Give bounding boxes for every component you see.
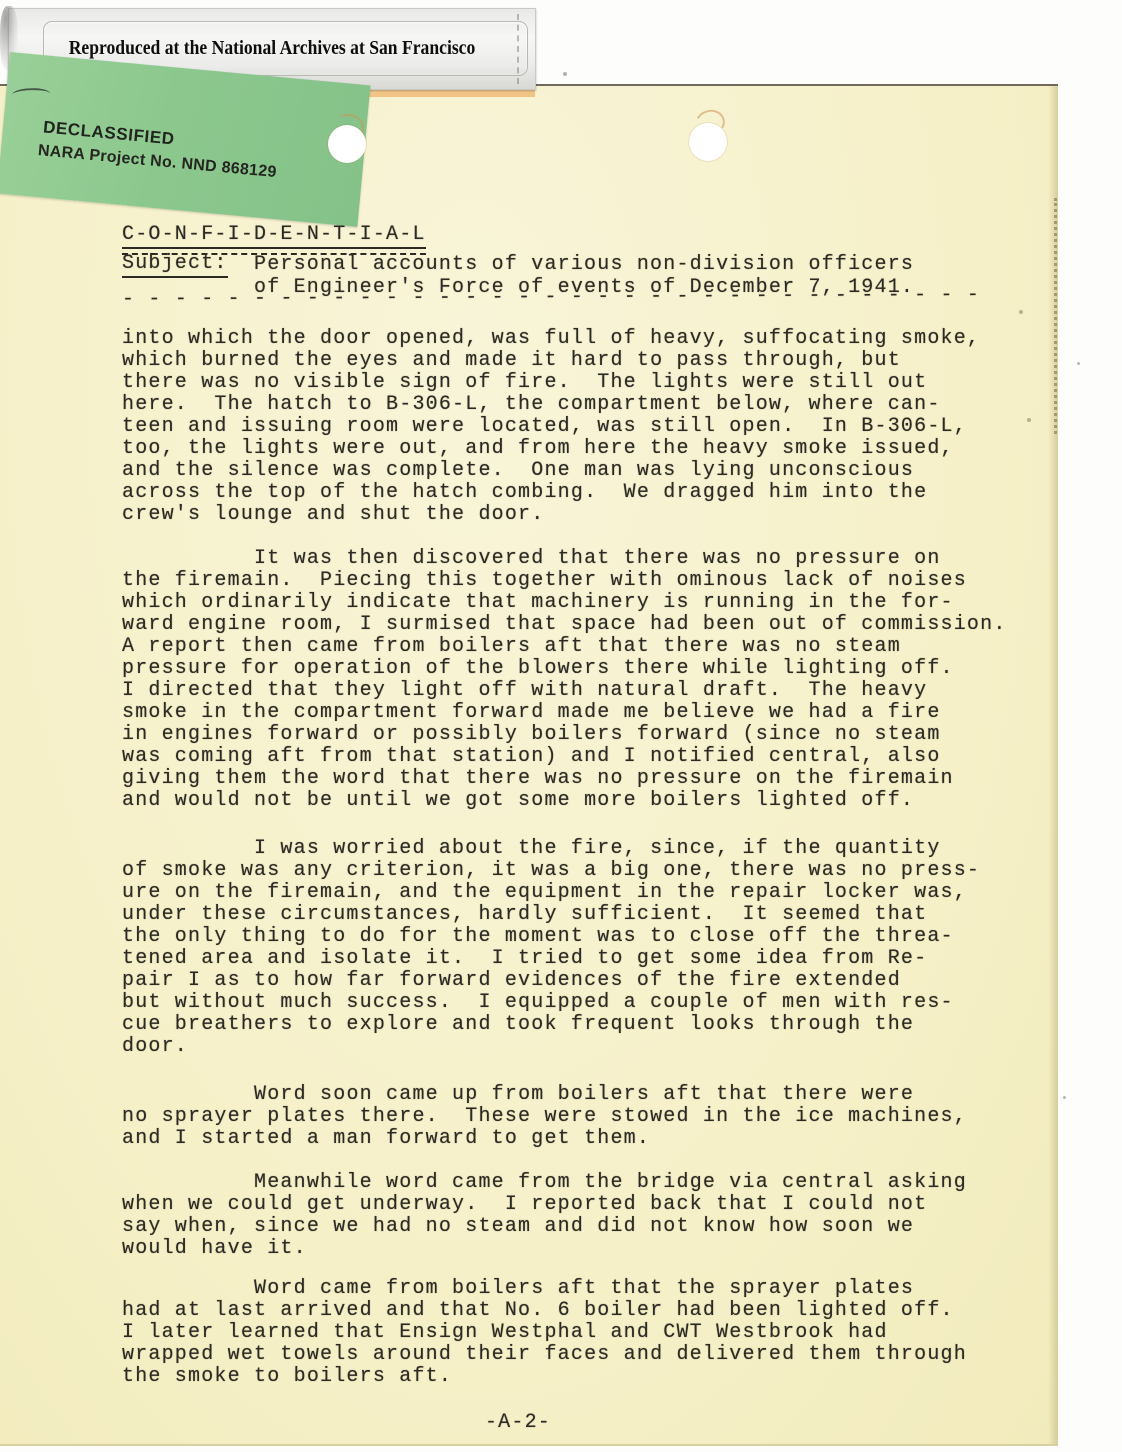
- paper-edge-perforation-marks: [1051, 198, 1057, 434]
- label-right-edge-mark: [515, 14, 519, 84]
- pen-squiggle-mark: [12, 88, 50, 101]
- body-paragraph: I was worried about the fire, since, if …: [122, 838, 1027, 1058]
- punch-hole-right: [689, 123, 727, 161]
- scan-speck: [563, 72, 567, 76]
- punch-hole-left: [328, 125, 366, 163]
- body-paragraph: into which the door opened, was full of …: [122, 328, 1027, 526]
- scan-speck: [1063, 1096, 1066, 1099]
- scan-speck: [1027, 418, 1031, 422]
- body-paragraph: Meanwhile word came from the bridge via …: [122, 1172, 1027, 1260]
- dashed-separator-line: - - - - - - - - - - - - - - - - - - - - …: [122, 285, 980, 311]
- body-paragraph: Word came from boilers aft that the spra…: [122, 1278, 1027, 1388]
- scanned-document-page: C-O-N-F-I-D-E-N-T-I-A-L Subject: Persona…: [0, 0, 1122, 1452]
- body-paragraph: Word soon came up from boilers aft that …: [122, 1084, 1027, 1150]
- subject-label: Subject:: [122, 253, 228, 278]
- page-number: -A-2-: [122, 1412, 914, 1434]
- body-paragraph: It was then discovered that there was no…: [122, 548, 1027, 812]
- scan-speck: [1077, 362, 1080, 365]
- classification-heading: C-O-N-F-I-D-E-N-T-I-A-L: [122, 224, 426, 255]
- archive-label-text: Reproduced at the National Archives at S…: [41, 37, 504, 60]
- document-paper: C-O-N-F-I-D-E-N-T-I-A-L Subject: Persona…: [0, 84, 1058, 1446]
- classification-underline: C-O-N-F-I-D-E-N-T-I-A-L: [122, 224, 426, 255]
- scan-speck: [1019, 310, 1023, 314]
